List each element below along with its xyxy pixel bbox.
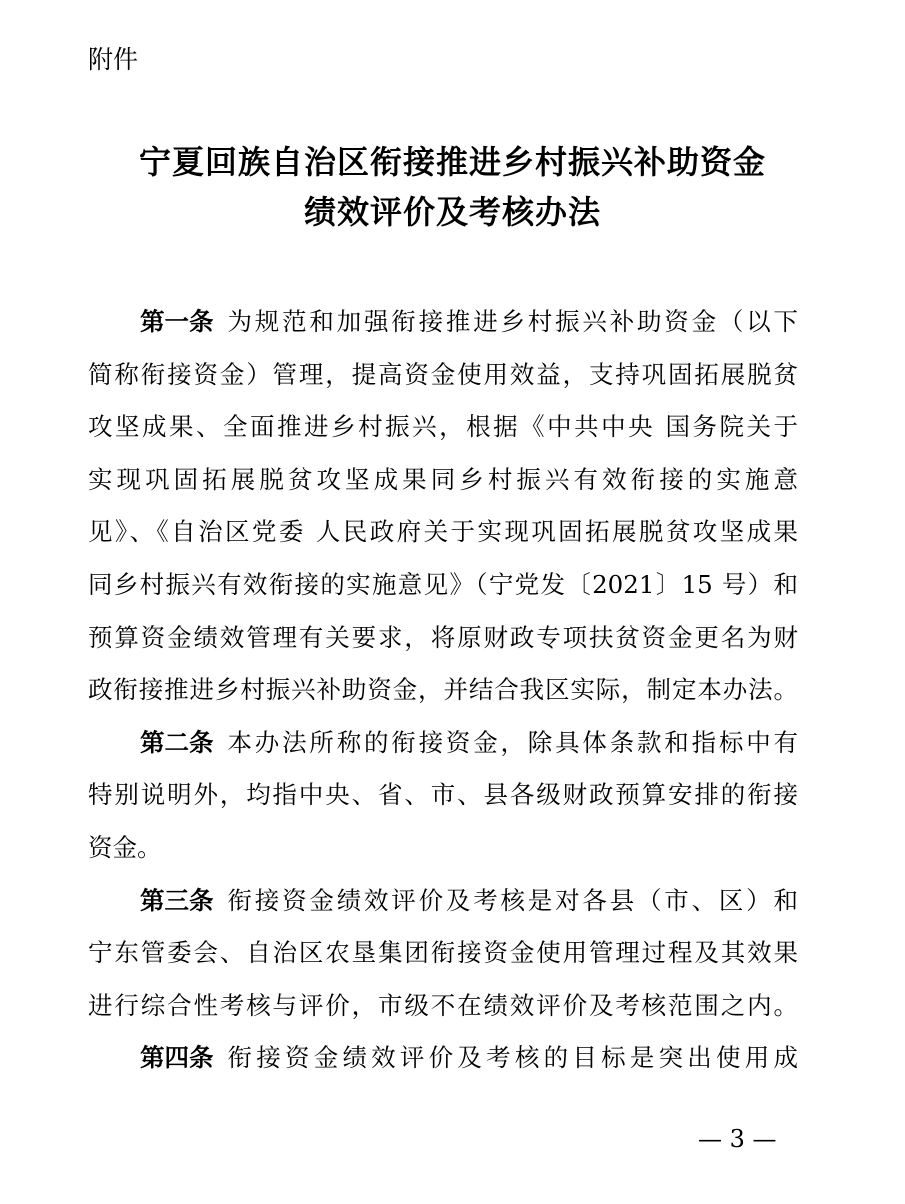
paragraph-text: 见》、《自治区党委 人民政府关于实现巩固拓展脱贫攻坚成果 <box>88 506 798 559</box>
paragraph-text: 宁东管委会、自治区农垦集团衔接资金使用管理过程及其效果 <box>88 927 798 980</box>
article-1-text: 为规范和加强衔接推进乡村振兴补助资金（以下 <box>228 296 799 349</box>
article-1-line-4: 实现巩固拓展脱贫攻坚成果同乡村振兴有效衔接的实施意 <box>88 454 798 507</box>
document-body: 第一条 为规范和加强衔接推进乡村振兴补助资金（以下 简称衔接资金）管理，提高资金… <box>88 296 798 1085</box>
article-4-line-1: 第四条 衔接资金绩效评价及考核的目标是突出使用成 <box>88 1032 798 1085</box>
paragraph-text: 特别说明外，均指中央、省、市、县各级财政预算安排的衔接 <box>88 769 798 822</box>
paragraph-text: 进行综合性考核与评价，市级不在绩效评价及考核范围之内。 <box>88 980 798 1033</box>
article-2-label: 第二条 <box>140 717 214 770</box>
page-number: — 3 — <box>698 1124 777 1154</box>
article-2-line-2: 特别说明外，均指中央、省、市、县各级财政预算安排的衔接 <box>88 769 798 822</box>
paragraph-text: 攻坚成果、全面推进乡村振兴，根据《中共中央 国务院关于 <box>88 401 798 454</box>
article-1-line-5: 见》、《自治区党委 人民政府关于实现巩固拓展脱贫攻坚成果 <box>88 506 798 559</box>
article-1-line-2: 简称衔接资金）管理，提高资金使用效益，支持巩固拓展脱贫 <box>88 349 798 402</box>
article-3-label: 第三条 <box>140 875 214 928</box>
article-3-line-2: 宁东管委会、自治区农垦集团衔接资金使用管理过程及其效果 <box>88 927 798 980</box>
article-3-line-3: 进行综合性考核与评价，市级不在绩效评价及考核范围之内。 <box>88 980 798 1033</box>
article-1-label: 第一条 <box>140 296 214 349</box>
paragraph-text: 实现巩固拓展脱贫攻坚成果同乡村振兴有效衔接的实施意 <box>88 454 798 507</box>
article-1-line-3: 攻坚成果、全面推进乡村振兴，根据《中共中央 国务院关于 <box>88 401 798 454</box>
paragraph-text: 简称衔接资金）管理，提高资金使用效益，支持巩固拓展脱贫 <box>88 349 798 402</box>
paragraph-text: 资金。 <box>88 822 798 875</box>
attachment-label: 附件 <box>88 40 138 80</box>
article-3-text: 衔接资金绩效评价及考核是对各县（市、区）和 <box>228 875 799 928</box>
article-4-text: 衔接资金绩效评价及考核的目标是突出使用成 <box>228 1032 799 1085</box>
article-2-line-3: 资金。 <box>88 822 798 875</box>
document-title-line-2: 绩效评价及考核办法 <box>0 188 905 236</box>
article-2-text: 本办法所称的衔接资金，除具体条款和指标中有 <box>228 717 799 770</box>
document-title-line-1: 宁夏回族自治区衔接推进乡村振兴补助资金 <box>0 138 905 186</box>
paragraph-text: 政衔接推进乡村振兴补助资金，并结合我区实际，制定本办法。 <box>88 664 798 717</box>
article-3-line-1: 第三条 衔接资金绩效评价及考核是对各县（市、区）和 <box>88 875 798 928</box>
article-4-label: 第四条 <box>140 1032 214 1085</box>
paragraph-text: 同乡村振兴有效衔接的实施意见》（宁党发〔2021〕15 号）和 <box>88 559 798 612</box>
article-1-line-7: 预算资金绩效管理有关要求，将原财政专项扶贫资金更名为财 <box>88 612 798 665</box>
article-1-line-8: 政衔接推进乡村振兴补助资金，并结合我区实际，制定本办法。 <box>88 664 798 717</box>
article-1-line-6: 同乡村振兴有效衔接的实施意见》（宁党发〔2021〕15 号）和 <box>88 559 798 612</box>
paragraph-text: 预算资金绩效管理有关要求，将原财政专项扶贫资金更名为财 <box>88 612 798 665</box>
article-2-line-1: 第二条 本办法所称的衔接资金，除具体条款和指标中有 <box>88 717 798 770</box>
article-1-line-1: 第一条 为规范和加强衔接推进乡村振兴补助资金（以下 <box>88 296 798 349</box>
